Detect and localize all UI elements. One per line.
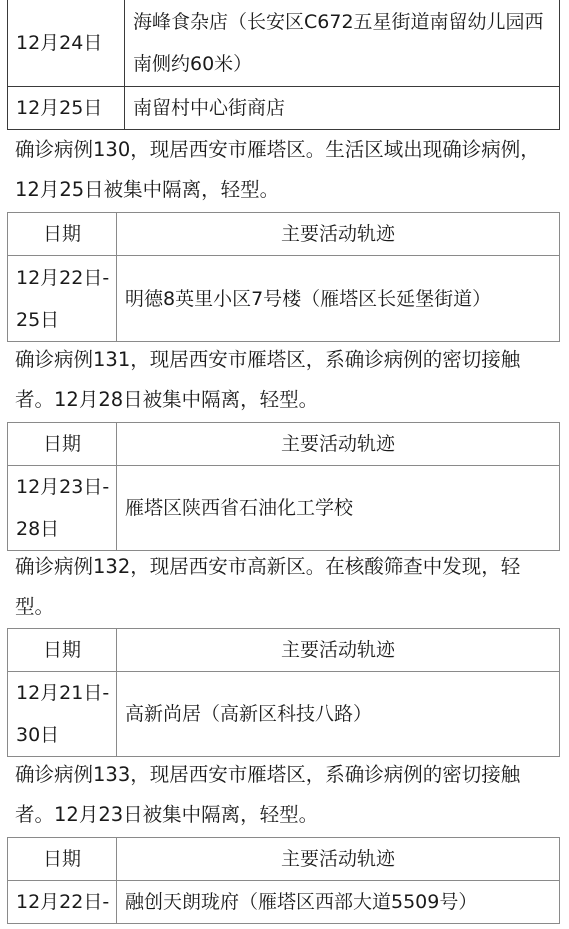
table-header-row: 日期 主要活动轨迹 — [8, 213, 560, 256]
table-row: 12月25日 南留村中心街商店 — [8, 87, 560, 130]
case-131-activity-table: 日期 主要活动轨迹 12月23日-28日 雁塔区陕西省石油化工学校 — [7, 422, 560, 551]
case-130-description: 确诊病例130，现居西安市雁塔区。生活区域出现确诊病例，12月25日被集中隔离，… — [15, 130, 555, 210]
activity-column-header: 主要活动轨迹 — [117, 213, 560, 256]
date-cell: 12月22日- — [8, 881, 117, 924]
table-header-row: 日期 主要活动轨迹 — [8, 629, 560, 672]
case-132-activity-table: 日期 主要活动轨迹 12月21日-30日 高新尚居（高新区科技八路） — [7, 628, 560, 757]
case-131-description: 确诊病例131，现居西安市雁塔区，系确诊病例的密切接触者。12月28日被集中隔离… — [15, 340, 555, 420]
case-130-activity-table: 日期 主要活动轨迹 12月22日-25日 明德8英里小区7号楼（雁塔区长延堡街道… — [7, 212, 560, 342]
table-row: 12月22日- 融创天朗珑府（雁塔区西部大道5509号） — [8, 881, 560, 924]
table-row: 12月22日-25日 明德8英里小区7号楼（雁塔区长延堡街道） — [8, 256, 560, 342]
date-column-header: 日期 — [8, 629, 117, 672]
date-cell: 12月23日-28日 — [8, 466, 117, 551]
date-column-header: 日期 — [8, 838, 117, 881]
date-column-header: 日期 — [8, 213, 117, 256]
date-cell: 12月24日 — [8, 0, 125, 87]
date-cell: 12月22日-25日 — [8, 256, 117, 342]
table-row: 12月24日 海峰食杂店（长安区C672五星街道南留幼儿园西南侧约60米） — [8, 0, 560, 87]
date-cell: 12月21日-30日 — [8, 672, 117, 757]
date-cell: 12月25日 — [8, 87, 125, 130]
date-column-header: 日期 — [8, 423, 117, 466]
activity-cell: 明德8英里小区7号楼（雁塔区长延堡街道） — [117, 256, 560, 342]
activity-column-header: 主要活动轨迹 — [117, 423, 560, 466]
case-129-activity-table: 12月24日 海峰食杂店（长安区C672五星街道南留幼儿园西南侧约60米） 12… — [7, 0, 560, 130]
table-header-row: 日期 主要活动轨迹 — [8, 423, 560, 466]
activity-cell: 南留村中心街商店 — [125, 87, 560, 130]
case-132-description: 确诊病例132，现居西安市高新区。在核酸筛查中发现，轻型。 — [15, 547, 555, 627]
table-row: 12月23日-28日 雁塔区陕西省石油化工学校 — [8, 466, 560, 551]
activity-cell: 海峰食杂店（长安区C672五星街道南留幼儿园西南侧约60米） — [125, 0, 560, 87]
activity-cell: 融创天朗珑府（雁塔区西部大道5509号） — [117, 881, 560, 924]
table-row: 12月21日-30日 高新尚居（高新区科技八路） — [8, 672, 560, 757]
activity-column-header: 主要活动轨迹 — [117, 838, 560, 881]
activity-cell: 雁塔区陕西省石油化工学校 — [117, 466, 560, 551]
case-133-description: 确诊病例133，现居西安市雁塔区，系确诊病例的密切接触者。12月23日被集中隔离… — [15, 755, 555, 835]
activity-cell: 高新尚居（高新区科技八路） — [117, 672, 560, 757]
activity-column-header: 主要活动轨迹 — [117, 629, 560, 672]
case-133-activity-table: 日期 主要活动轨迹 12月22日- 融创天朗珑府（雁塔区西部大道5509号） — [7, 837, 560, 924]
table-header-row: 日期 主要活动轨迹 — [8, 838, 560, 881]
